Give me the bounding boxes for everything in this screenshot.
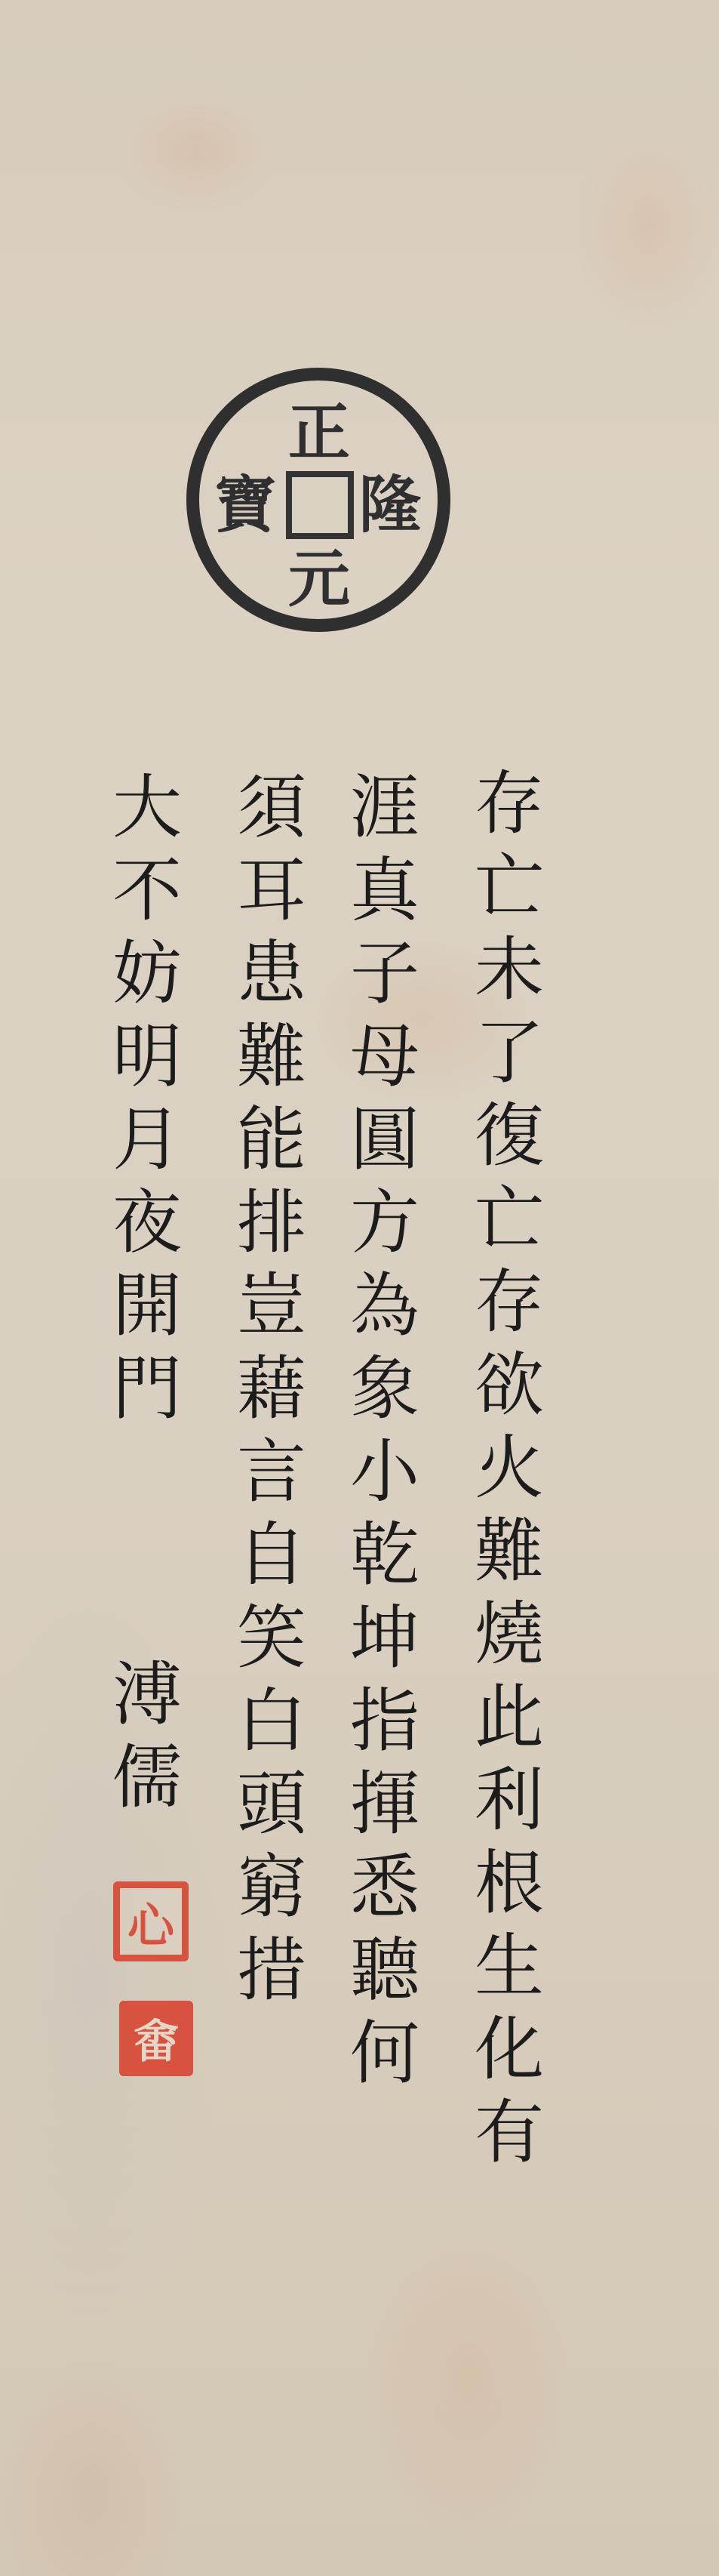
char: 笑 xyxy=(237,1597,306,1680)
calligraphy-column-3: 須 耳 患 難 能 排 豈 藉 言 自 笑 白 頭 窮 措 xyxy=(230,766,313,2012)
char: 母 xyxy=(350,1015,419,1098)
calligraphy-column-4: 大 不 妨 明 月 夜 開 門 xyxy=(106,766,189,1431)
char: 象 xyxy=(350,1348,419,1431)
char: 火 xyxy=(475,1427,544,1510)
char: 存 xyxy=(475,763,544,846)
char: 生 xyxy=(475,1925,544,2008)
char: 方 xyxy=(350,1182,419,1265)
char: 自 xyxy=(237,1514,306,1597)
char: 為 xyxy=(350,1265,419,1348)
char: 亡 xyxy=(475,1178,544,1261)
char: 月 xyxy=(112,1098,182,1182)
char: 此 xyxy=(475,1676,544,1759)
char: 能 xyxy=(237,1098,306,1182)
char: 不 xyxy=(112,849,182,932)
char: 燒 xyxy=(475,1593,544,1676)
seal-char: 心 xyxy=(128,1888,174,1955)
char: 坤 xyxy=(350,1597,419,1680)
char: 窮 xyxy=(237,1846,306,1929)
red-seal-relief: 心 xyxy=(113,1881,189,1961)
char: 大 xyxy=(112,766,182,849)
char: 須 xyxy=(237,766,306,849)
calligraphy-column-1: 存 亡 未 了 復 亡 存 欲 火 難 燒 此 利 根 生 化 有 xyxy=(468,763,551,2174)
coin-square-hole xyxy=(286,471,354,539)
artist-signature: 溥 儒 xyxy=(106,1653,189,1820)
char: 存 xyxy=(475,1261,544,1344)
char: 耳 xyxy=(237,849,306,932)
char: 妨 xyxy=(112,932,182,1015)
coin-seal: 正 元 隆 寶 xyxy=(186,368,450,632)
char: 欲 xyxy=(475,1344,544,1427)
seal-char: 畬 xyxy=(134,2006,179,2071)
char: 何 xyxy=(350,2012,419,2095)
char: 真 xyxy=(350,849,419,932)
char: 聽 xyxy=(350,1929,419,2012)
char: 小 xyxy=(350,1431,419,1514)
char: 乾 xyxy=(350,1514,419,1597)
signature-char: 溥 xyxy=(112,1653,182,1736)
coin-char-top: 正 xyxy=(288,402,350,464)
char: 悉 xyxy=(350,1846,419,1929)
char: 亡 xyxy=(475,846,544,929)
char: 豈 xyxy=(237,1265,306,1348)
char: 復 xyxy=(475,1095,544,1178)
char: 夜 xyxy=(112,1182,182,1265)
char: 有 xyxy=(475,2091,544,2174)
char: 涯 xyxy=(350,766,419,849)
coin-char-left: 寶 xyxy=(214,474,276,536)
char: 言 xyxy=(237,1431,306,1514)
char: 根 xyxy=(475,1842,544,1925)
char: 明 xyxy=(112,1015,182,1098)
coin-char-bottom: 元 xyxy=(288,548,350,610)
char: 利 xyxy=(475,1759,544,1842)
char: 患 xyxy=(237,932,306,1015)
red-seal-intaglio: 畬 xyxy=(119,2001,193,2076)
coin-char-right: 隆 xyxy=(359,474,421,536)
char: 門 xyxy=(112,1348,182,1431)
char: 難 xyxy=(237,1015,306,1098)
char: 措 xyxy=(237,1929,306,2012)
char: 圓 xyxy=(350,1098,419,1182)
char: 化 xyxy=(475,2008,544,2091)
char: 白 xyxy=(237,1680,306,1763)
char: 頭 xyxy=(237,1763,306,1846)
char: 開 xyxy=(112,1265,182,1348)
signature-char: 儒 xyxy=(112,1736,182,1820)
char: 難 xyxy=(475,1510,544,1593)
char: 排 xyxy=(237,1182,306,1265)
char: 未 xyxy=(475,929,544,1012)
char: 了 xyxy=(475,1012,544,1095)
char: 子 xyxy=(350,932,419,1015)
calligraphy-column-2: 涯 真 子 母 圓 方 為 象 小 乾 坤 指 揮 悉 聽 何 xyxy=(343,766,426,2095)
char: 藉 xyxy=(237,1348,306,1431)
char: 指 xyxy=(350,1680,419,1763)
char: 揮 xyxy=(350,1763,419,1846)
